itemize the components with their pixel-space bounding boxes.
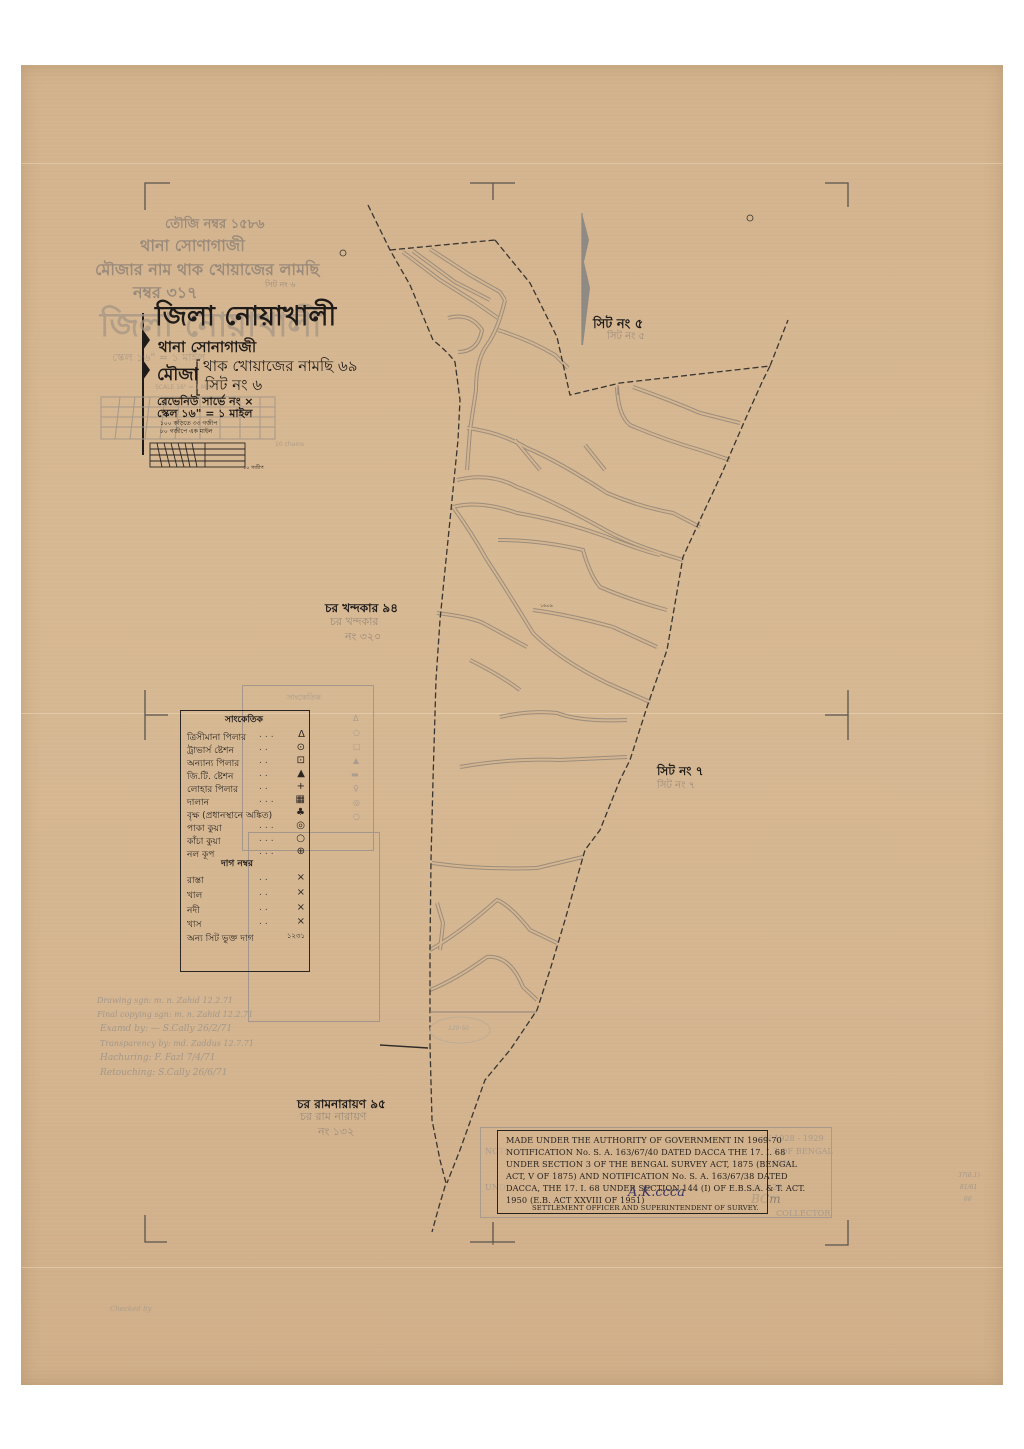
legend-item: দালান...▦ — [187, 795, 305, 807]
sheet-7-label: সিট নং ৭ — [657, 765, 703, 777]
plot-item: রাস্তা..× — [187, 873, 305, 885]
gt-station-icon: ▲ — [297, 768, 305, 779]
faded-sheet-number: সিট নং ৬ — [265, 281, 295, 289]
sheet-number: সিট নং ৬ — [205, 378, 262, 393]
district-title: জিলা নোয়াখালী — [155, 303, 336, 330]
certificate-box: MADE UNDER THE AUTHORITY OF GOVERNMENT I… — [497, 1130, 768, 1214]
faded-sheet-7-label: সিট নং ৭ — [657, 781, 695, 791]
plot-number-heading: দাগ নম্বর — [221, 860, 253, 869]
legend-item: ত্রিসীমানা পিলার...Δ — [187, 730, 305, 742]
legend-title: সাংকেতিক — [225, 716, 263, 725]
char-khandakar-label: চর খন্দকার ৯৪ — [325, 602, 398, 614]
plot-cross-icon: × — [297, 902, 305, 913]
traverse-station-icon: ⊙ — [297, 742, 305, 753]
other-sheet-value: ১২৩১ — [287, 930, 305, 942]
plot-item: নদী..× — [187, 903, 305, 915]
faded-legend-symbol: ○ — [353, 812, 360, 821]
faded-char-ramnarayan-label: চর রাম নারায়ণ — [300, 1111, 366, 1122]
faded-char-khandakar-label: চর খন্দকার — [330, 616, 378, 627]
mouza-name: থাক খোয়াজের নামছি ৬৯ — [203, 359, 358, 374]
scale-note-1: ১০০ কড়িতে ৩৩ গজীপ — [160, 421, 217, 427]
masonry-well-icon: ◎ — [296, 820, 305, 831]
legend-item: অন্যান্য পিলার..⊡ — [187, 756, 305, 768]
paper-fold-line — [21, 163, 1003, 164]
faded-chains-label: 10 chains — [275, 442, 304, 448]
scale-bar-label: ১০ গজীপ — [243, 466, 264, 471]
legend-item: লোহার পিলার..+ — [187, 782, 305, 794]
plot-item-label: খাল — [187, 888, 202, 903]
certificate-footer: SETTLEMENT OFFICER AND SUPERINTENDENT OF… — [532, 1204, 759, 1212]
legend-item: জি.টি. ষ্টেশন..▲ — [187, 769, 305, 781]
faded-touzi-number: তৌজি নম্বর ১৫৮৬ — [165, 218, 264, 231]
plot-item: খাস..× — [187, 917, 305, 929]
scale-note-2: ৮০ গজীপে এক মাইল — [160, 429, 212, 435]
handwritten-note: Final copying sgn: m. n. Zahid 12.2.71 — [97, 1010, 253, 1019]
faded-sheet-5-label: সিট নং ৫ — [607, 332, 645, 342]
triangle-pillar-icon: Δ — [298, 729, 305, 740]
kutcha-well-icon: ○ — [296, 833, 305, 844]
handwritten-note: Examd by: — S.Cally 26/2/71 — [100, 1024, 232, 1034]
margin-note: 81/61 — [960, 1184, 977, 1191]
char-ramnarayan-label: চর রামনারায়ণ ৯৫ — [297, 1098, 386, 1110]
plot-item-label: নদী — [187, 903, 200, 918]
faded-cert-text: COLLECTOR. — [776, 1208, 833, 1218]
handwritten-note: Transparency by: md. Zaddus 12.7.71 — [100, 1039, 254, 1048]
mouza-label: মৌজা — [157, 367, 198, 384]
faded-thana: থানা সোণাগাজী — [140, 238, 245, 254]
plot-cross-icon: × — [297, 887, 305, 898]
legend-box: সাংকেতিক ত্রিসীমানা পিলার...Δ ট্রাভার্স … — [180, 710, 310, 972]
faded-mouza-name: মৌজার নাম থাক খোয়াজের লামছি — [95, 262, 319, 278]
officer-signature: A.K.ccca — [628, 1185, 685, 1200]
revenue-survey-number: রেভেনিউ সার্ভে নং × — [157, 396, 254, 407]
faded-legend-symbol: ○ — [353, 728, 360, 737]
certificate-line: UNDER SECTION 3 OF THE BENGAL SURVEY ACT… — [506, 1159, 797, 1169]
bottom-left-note: Checked by — [110, 1305, 151, 1313]
faded-legend-symbol: □ — [353, 742, 361, 751]
faded-legend-symbol: ▲ — [353, 756, 359, 765]
other-sheet-plot-row: অন্য সিট ভুক্ত দাগ১২৩১ — [187, 931, 305, 943]
certificate-line: NOTIFICATION No. S. A. 163/67/40 DATED D… — [506, 1147, 785, 1157]
handwritten-note: Retouching: S.Cally 26/6/71 — [100, 1068, 227, 1078]
faded-number: নম্বর ৩১৭ — [133, 285, 198, 301]
faded-legend-symbol: ◎ — [353, 798, 360, 807]
faded-legend-title: সাংকেতিক — [287, 692, 321, 705]
certificate-line: ACT, V OF 1875) AND NOTIFICATION No. S. … — [506, 1171, 788, 1181]
faded-char-ramnarayan-number: নং ১৩২ — [318, 1126, 354, 1137]
faded-legend-symbol: ▬ — [351, 770, 359, 779]
sheet-5-label: সিট নং ৫ — [593, 318, 643, 331]
building-icon: ▦ — [296, 794, 305, 805]
legend-item: বৃক্ষ (প্রধানস্থানে অঙ্কিত)♣ — [187, 808, 305, 820]
tree-icon: ♣ — [296, 807, 305, 818]
scale-label: স্কেল ১৬" = ১ মাইল — [157, 408, 253, 419]
plot-number-label: ১৬০৯ — [540, 604, 553, 609]
other-pillar-icon: ⊡ — [297, 755, 305, 766]
legend-item: কাঁচা কুয়া...○ — [187, 834, 305, 846]
legend-item: ট্রাভার্স ষ্টেশন..⊙ — [187, 743, 305, 755]
legend-item: পাকা কুয়া...◎ — [187, 821, 305, 833]
faded-char-khandakar-number: নং ৩২০ — [345, 631, 381, 642]
plot-item: খাল..× — [187, 888, 305, 900]
thana-name: থানা সোনাগাজী — [158, 340, 256, 355]
pencil-ellipse-label: 120·50 — [448, 1026, 469, 1032]
paper-fold-line — [21, 713, 1003, 714]
iron-pillar-icon: + — [297, 781, 305, 792]
margin-note: 66 — [964, 1196, 972, 1203]
legend-item: নল কূপ...⊕ — [187, 847, 305, 859]
margin-note: 37(6.1) — [958, 1172, 980, 1179]
faded-legend-symbol: ♀ — [353, 784, 359, 793]
tube-well-icon: ⊕ — [297, 846, 305, 857]
other-sheet-label: অন্য সিট ভুক্ত দাগ — [187, 931, 253, 946]
plot-item-label: রাস্তা — [187, 873, 204, 888]
faded-legend-symbol: Δ — [353, 714, 358, 723]
plot-cross-icon: × — [297, 916, 305, 927]
plot-cross-icon: × — [297, 872, 305, 883]
plot-item-label: খাস — [187, 917, 201, 932]
handwritten-note: Hachuring: F. Fazl 7/4/71 — [100, 1053, 216, 1063]
paper-fold-line — [21, 1267, 1003, 1268]
certificate-line: MADE UNDER THE AUTHORITY OF GOVERNMENT I… — [506, 1135, 782, 1145]
legend-item-label: নল কূপ — [187, 847, 214, 862]
handwritten-note: Drawing sgn: m. n. Zahid 12.2.71 — [97, 996, 233, 1005]
